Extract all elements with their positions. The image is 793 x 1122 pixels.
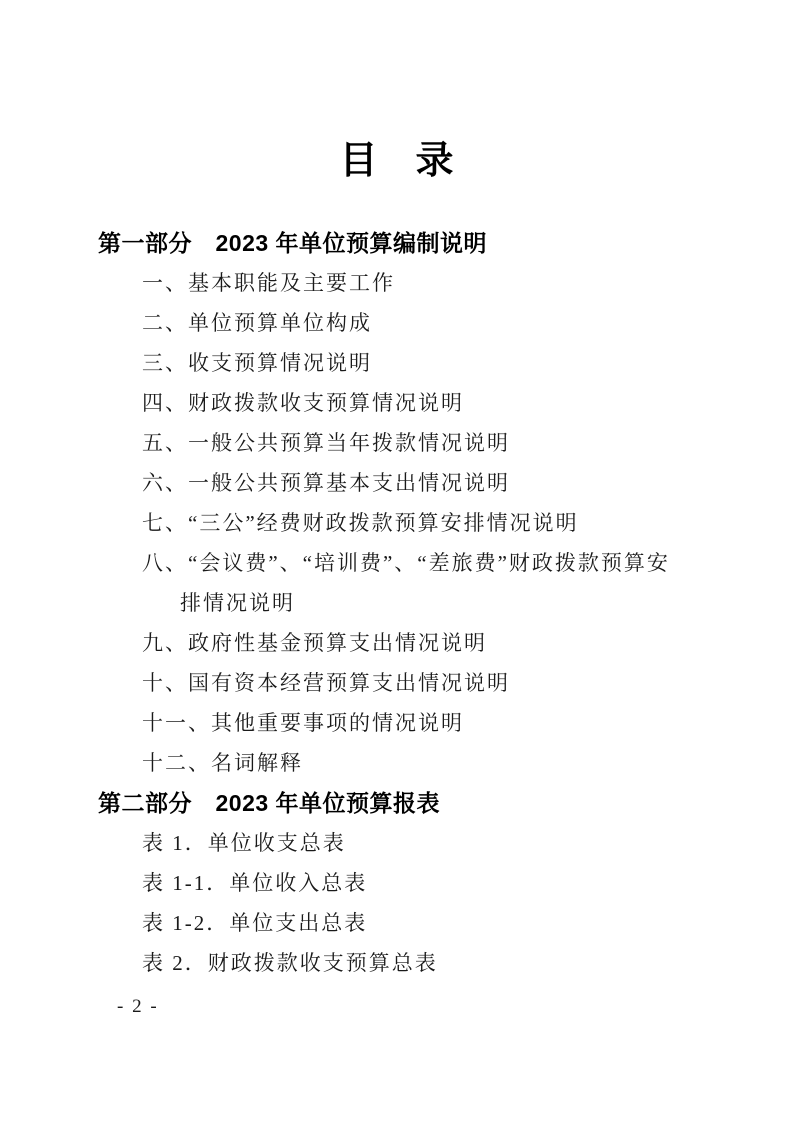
- document-page: 目 录 第一部分 2023 年单位预算编制说明 一、基本职能及主要工作 二、单位…: [0, 0, 793, 1122]
- toc-item: 三、收支预算情况说明: [98, 343, 698, 383]
- toc-item: 八、“会议费”、“培训费”、“差旅费”财政拨款预算安排情况说明: [98, 543, 676, 623]
- toc-item-table: 表 2．财政拨款收支预算总表: [98, 943, 698, 983]
- toc-item: 十、国有资本经营预算支出情况说明: [98, 663, 698, 703]
- toc-item: 二、单位预算单位构成: [98, 303, 698, 343]
- toc-item-table: 表 1-2．单位支出总表: [98, 903, 698, 943]
- toc-item: 一、基本职能及主要工作: [98, 263, 698, 303]
- section-heading-part1: 第一部分 2023 年单位预算编制说明: [98, 223, 698, 263]
- toc-item: 九、政府性基金预算支出情况说明: [98, 623, 698, 663]
- toc-item-table: 表 1．单位收支总表: [98, 823, 698, 863]
- toc-item-table: 表 1-1．单位收入总表: [98, 863, 698, 903]
- page-number: - 2 -: [117, 994, 159, 1020]
- toc-item: 五、一般公共预算当年拨款情况说明: [98, 423, 698, 463]
- toc-item: 七、“三公”经费财政拨款预算安排情况说明: [98, 503, 698, 543]
- table-of-contents: 第一部分 2023 年单位预算编制说明 一、基本职能及主要工作 二、单位预算单位…: [98, 223, 698, 983]
- toc-item: 六、一般公共预算基本支出情况说明: [98, 463, 698, 503]
- toc-item: 四、财政拨款收支预算情况说明: [98, 383, 698, 423]
- toc-item: 十二、名词解释: [98, 743, 698, 783]
- page-title: 目 录: [0, 139, 793, 183]
- section-heading-part2: 第二部分 2023 年单位预算报表: [98, 783, 698, 823]
- toc-item: 十一、其他重要事项的情况说明: [98, 703, 698, 743]
